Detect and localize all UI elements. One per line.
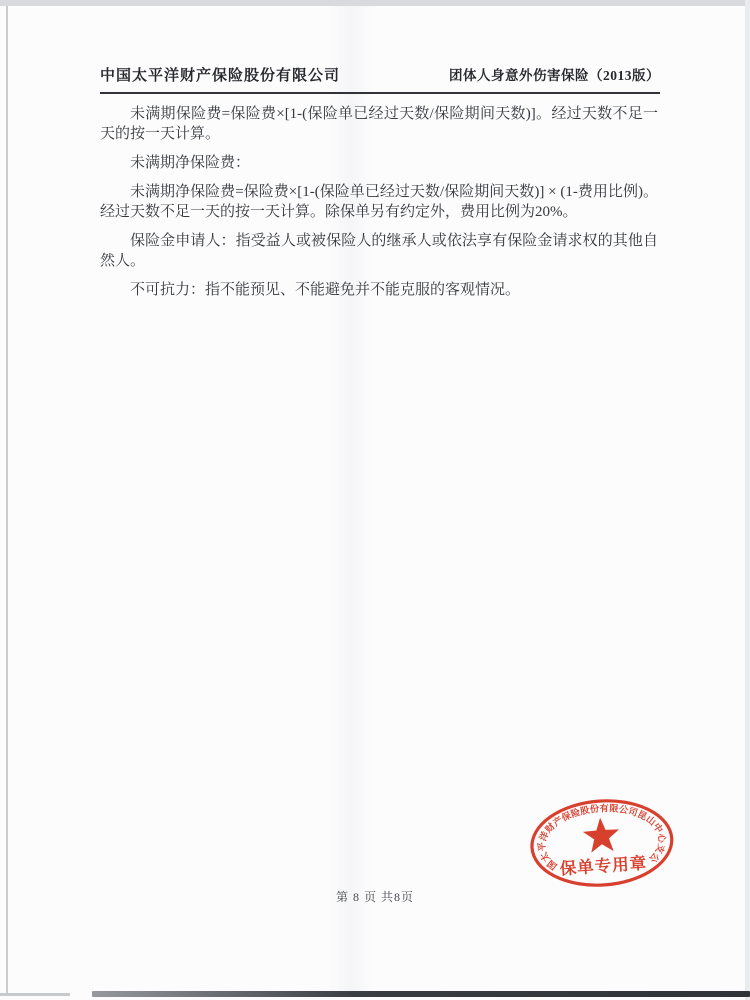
body-paragraph: 未满期保险费=保险费×[1-(保险单已经过天数/保险期间天数)]。经过天数不足一…	[100, 104, 658, 144]
body-paragraph: 不可抗力：指不能预见、不能避免并不能克服的客观情况。	[100, 280, 658, 300]
company-seal-stamp: 中国太平洋财产保险股份有限公司昆山中心支公司 保单专用章	[524, 792, 680, 898]
body-paragraph: 未满期净保险费：	[100, 153, 658, 173]
seal-label: 保单专用章	[559, 852, 648, 878]
product-title: 团体人身意外伤害保险（2013版）	[449, 64, 660, 84]
scanned-document-page: { "document": { "header": { "company": "…	[0, 0, 750, 1000]
scan-edge-right	[745, 0, 750, 1000]
page-header: 中国太平洋财产保险股份有限公司 团体人身意外伤害保险（2013版）	[100, 64, 660, 85]
seal-star-icon	[582, 816, 621, 853]
header-divider	[100, 92, 660, 94]
document-body: 未满期保险费=保险费×[1-(保险单已经过天数/保险期间天数)]。经过天数不足一…	[100, 104, 658, 300]
scan-edge-bottom	[92, 991, 750, 997]
scan-edge-left	[6, 6, 8, 996]
body-paragraph: 未满期净保险费=保险费×[1-(保险单已经过天数/保险期间天数)] × (1-费…	[100, 182, 658, 222]
scan-edge-top	[0, 0, 750, 6]
scan-edge-bottom-left	[0, 993, 70, 996]
company-name: 中国太平洋财产保险股份有限公司	[100, 64, 340, 85]
page-number: 第 8 页 共8页	[0, 888, 750, 905]
body-paragraph: 保险金申请人：指受益人或被保险人的继承人或依法享有保险金请求权的其他自然人。	[100, 231, 658, 271]
